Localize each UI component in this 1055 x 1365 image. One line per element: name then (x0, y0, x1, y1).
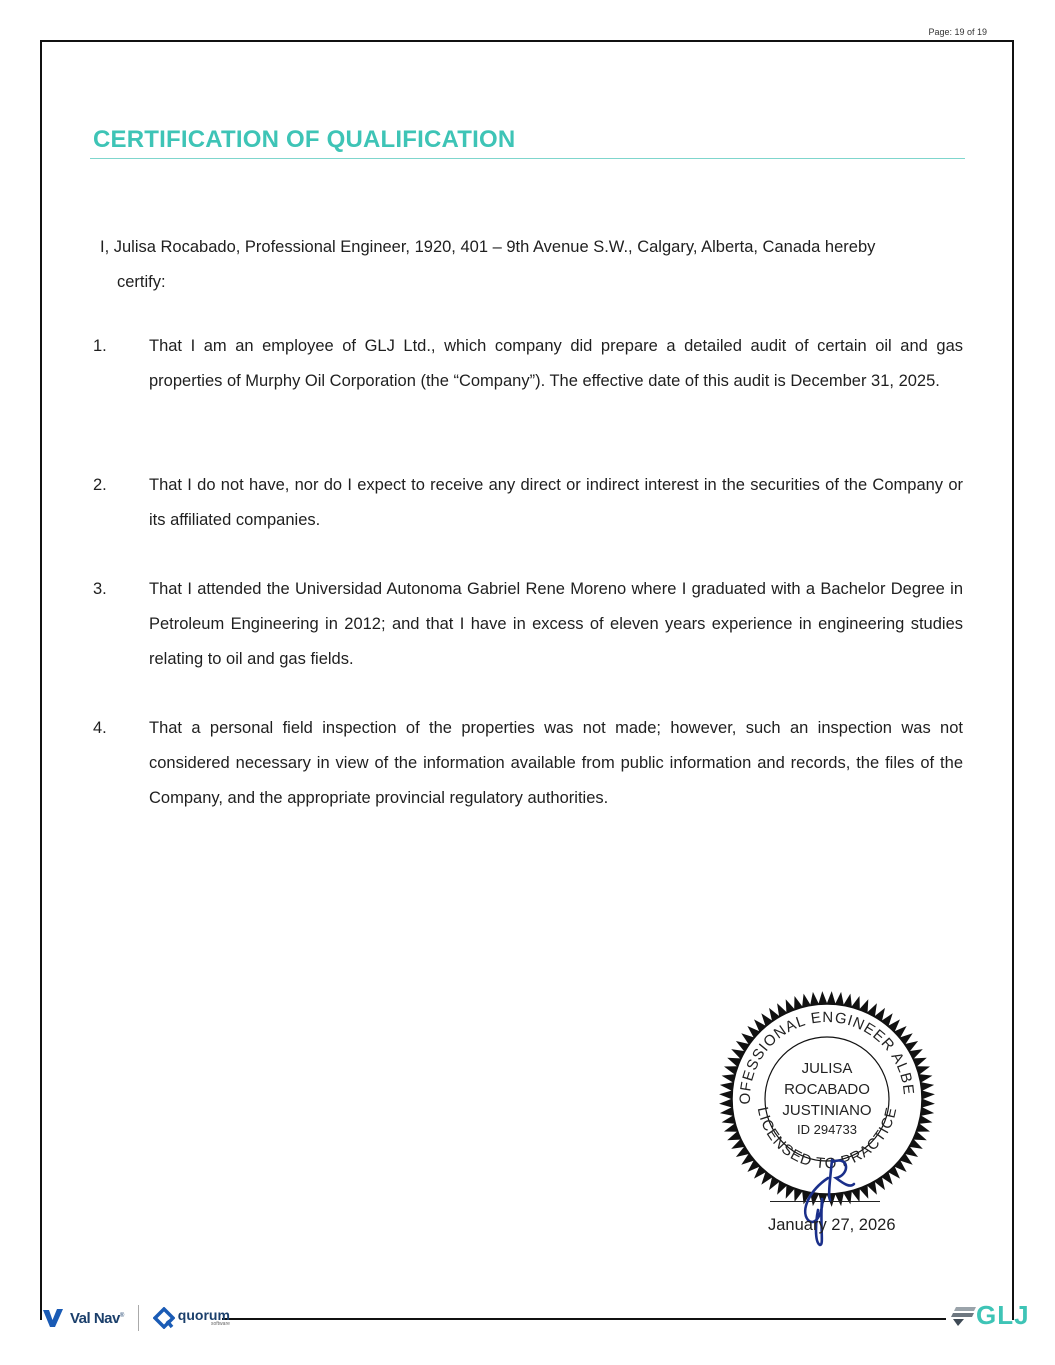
signature-date: January 27, 2026 (768, 1216, 896, 1235)
seal-name-3: JUSTINIANO (782, 1102, 871, 1119)
title-divider (90, 158, 965, 159)
item-number: 4. (93, 711, 107, 746)
list-item: 3. That I attended the Universidad Auton… (93, 572, 963, 677)
item-text: That I am an employee of GLJ Ltd., which… (149, 329, 963, 399)
list-item: 4. That a personal field inspection of t… (93, 711, 963, 816)
intro-line: I, Julisa Rocabado, Professional Enginee… (100, 230, 962, 265)
item-number: 1. (93, 329, 107, 364)
item-number: 3. (93, 572, 107, 607)
glj-logo-icon (950, 1304, 976, 1328)
intro-paragraph: I, Julisa Rocabado, Professional Enginee… (100, 230, 962, 300)
list-item: 2. That I do not have, nor do I expect t… (93, 468, 963, 538)
logo-separator (138, 1305, 139, 1331)
signature (780, 1150, 870, 1250)
seal-name-2: ROCABADO (784, 1081, 870, 1098)
valnav-logo-text: Val Nav® (70, 1310, 124, 1327)
item-text: That a personal field inspection of the … (149, 711, 963, 816)
page-title: CERTIFICATION OF QUALIFICATION (93, 126, 515, 154)
seal-id: ID 294733 (797, 1122, 857, 1137)
footer-divider (222, 1318, 946, 1320)
item-number: 2. (93, 468, 107, 503)
footer-logos: Val Nav® quorum software (42, 1305, 230, 1331)
page-number: Page: 19 of 19 (928, 27, 987, 37)
list-item: 1. That I am an employee of GLJ Ltd., wh… (93, 329, 963, 399)
quorum-logo: quorum software (153, 1307, 230, 1329)
glj-logo: GLJ (950, 1300, 1030, 1331)
valnav-logo-icon (42, 1307, 64, 1329)
glj-logo-text: GLJ (976, 1300, 1030, 1331)
quorum-logo-icon (153, 1307, 175, 1329)
intro-line-continuation: certify: (100, 265, 962, 300)
seal-name-1: JULISA (802, 1060, 853, 1077)
item-text: That I do not have, nor do I expect to r… (149, 468, 963, 538)
item-text: That I attended the Universidad Autonoma… (149, 572, 963, 677)
quorum-logo-text: quorum (178, 1309, 230, 1321)
